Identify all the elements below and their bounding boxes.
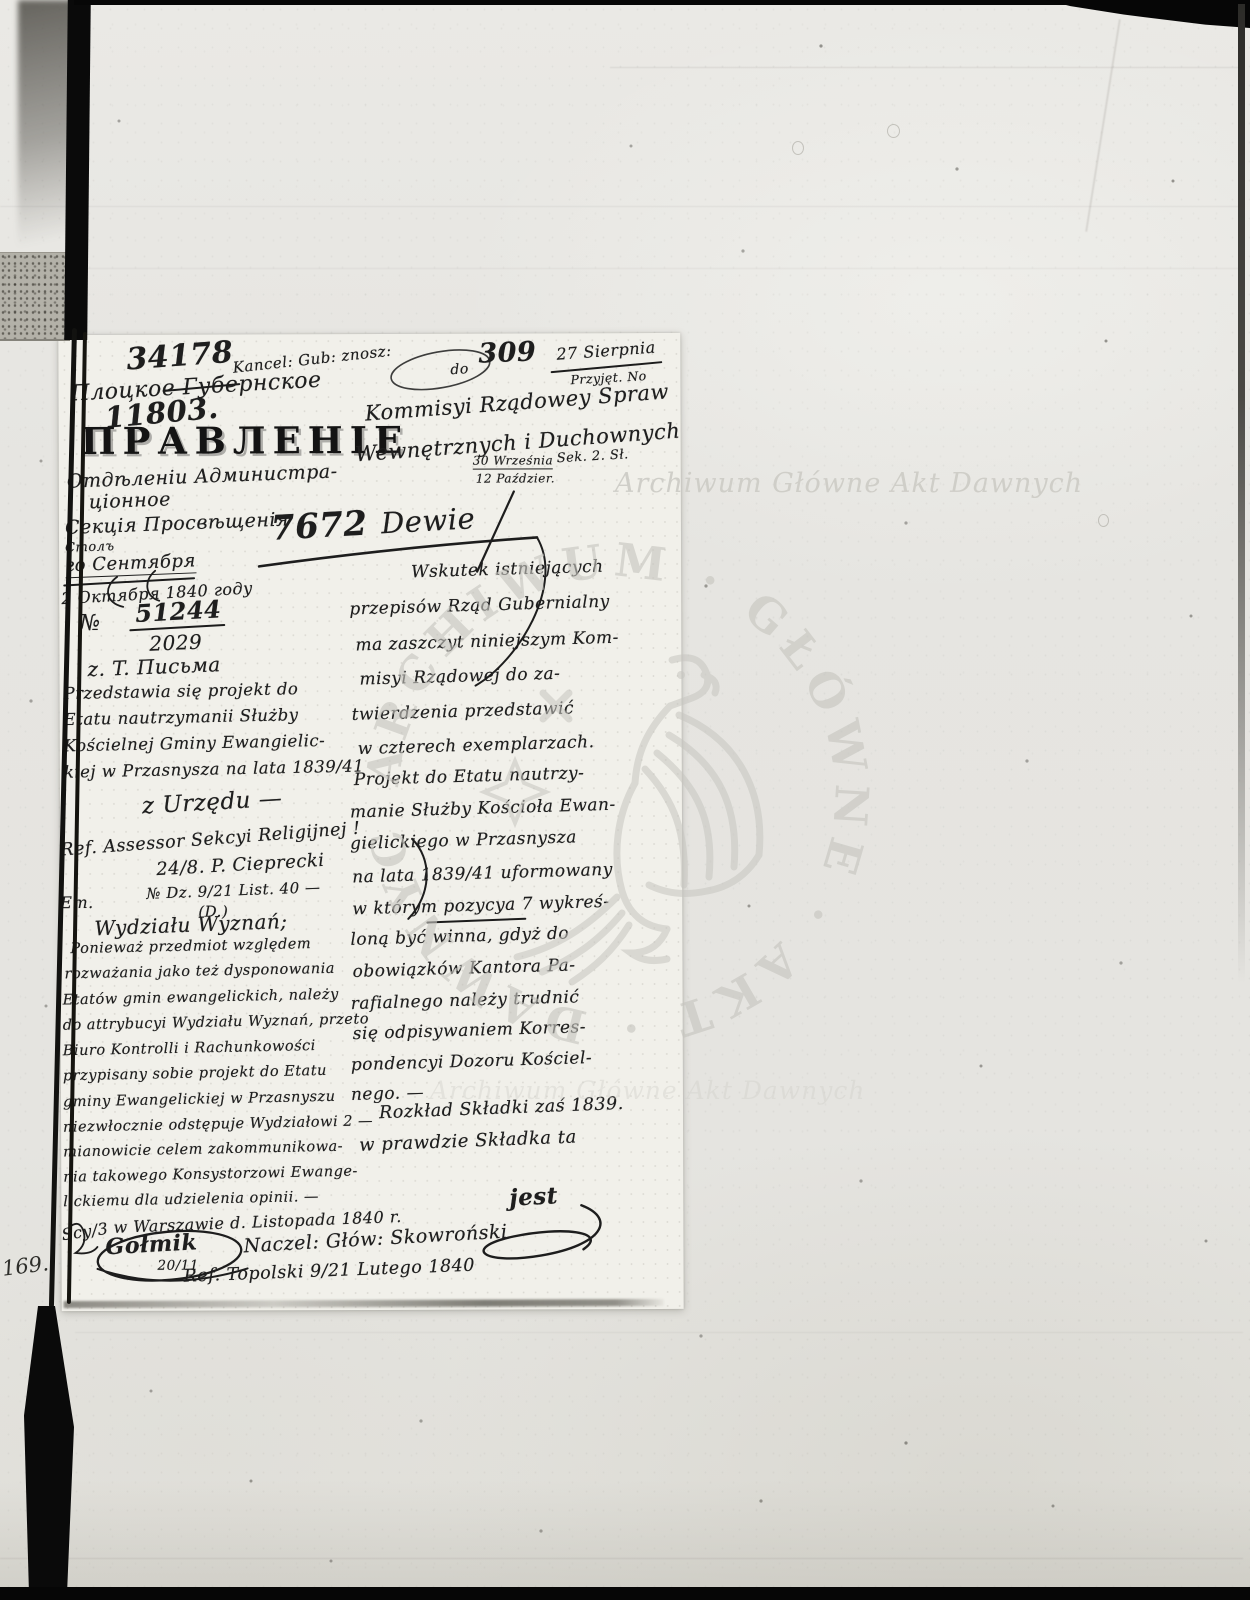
addressee-department: Wydziału Wyznań;: [94, 909, 288, 940]
bottom-shading: [0, 1480, 1250, 1590]
subject-heading: z. T. Письма: [87, 652, 221, 681]
torn-bottom-edge: [64, 1299, 664, 1308]
date-line-september: го Сентября: [65, 550, 197, 578]
paper-emboss-mark: [1098, 514, 1109, 527]
handwritten-line: Biuro Kontrolli i Rachunkowości: [63, 1038, 316, 1059]
eagle-emblem-icon: [484, 658, 760, 982]
ex-officio-note: z Urzędu —: [141, 786, 283, 820]
handwritten-line: Przedstawia się projekt do: [63, 679, 298, 703]
handwritten-line: niezwłocznie odstępuje Wydziałowi 2 —: [63, 1113, 373, 1135]
binding-gutter-strip: [64, 0, 91, 340]
addressee-line: Kommisyi Rządowey Spraw: [364, 379, 670, 425]
adjacent-page-edge: [0, 252, 70, 341]
paper-emboss-mark: [887, 124, 900, 138]
paper-crease: [0, 206, 1243, 207]
handwritten-line: Etatów gmin ewangelickich, należy: [62, 987, 338, 1009]
paper-crease: [610, 67, 1243, 68]
incoming-number: 309: [478, 336, 537, 369]
reference-number: № Dz. 9/21 List. 40 —: [146, 878, 321, 903]
paper-crease: [78, 268, 1243, 269]
scan-edge-right: [1238, 4, 1245, 984]
archival-scan-page: ARCHIWUM · GŁÓWNE · AKT · DAWNYCH · Arch…: [0, 0, 1250, 1600]
scan-edge-bottom: [0, 1587, 1250, 1600]
seal-circular-text: ARCHIWUM · GŁÓWNE · AKT · DAWNYCH ·: [347, 525, 879, 1056]
watermark-text: Archiwum Główne Akt Dawnych: [615, 468, 1083, 499]
paper-specks: [0, 0, 2, 2]
postscript-line: w prawdzie Składka ta: [359, 1126, 577, 1155]
postscript-closing: jest: [509, 1182, 559, 1212]
handwritten-line: lickiemu dla udzielenia opinii. —: [63, 1189, 319, 1210]
number-sign: №: [79, 611, 100, 636]
margin-date-note: 30 Września: [473, 453, 553, 469]
address-do: do: [450, 361, 469, 378]
handwritten-line: kiej w Przasnysza na lata 1839/41: [64, 756, 365, 781]
handwritten-line: Etatu nautrzymanii Służby: [63, 705, 298, 729]
handwritten-line: przypisany sobie projekt do Etatu: [63, 1063, 327, 1085]
section-note: Sek. 2. Sł.: [556, 447, 629, 466]
reference-number: 24/8. P. Cieprecki: [156, 850, 325, 880]
case-number-denominator: 2029: [149, 630, 203, 656]
watermark-text-faint: Archiwum Główne Akt Dawnych: [430, 1076, 866, 1105]
paper-emboss-mark: [792, 141, 804, 155]
handwritten-line: gminy Ewangelickiej w Przasnyszu: [63, 1089, 336, 1111]
svg-text:ARCHIWUM · GŁÓWNE · AKT · DAWN: ARCHIWUM · GŁÓWNE · AKT · DAWNYCH ·: [347, 525, 879, 1056]
handwritten-line: Kościelnej Gminy Ewangielic-: [64, 731, 326, 755]
handwritten-line: nia takowego Konsystorzowi Ewange-: [63, 1163, 358, 1185]
signature-referent: Ref. Topolski 9/21 Lutego 1840: [183, 1256, 475, 1287]
paper-crease: [75, 1332, 1243, 1333]
department-line: ціонное: [88, 488, 171, 513]
registry-number: 34178: [125, 335, 234, 378]
incoming-date: 27 Sierpnia: [556, 338, 656, 364]
handwritten-line: rozważania jako też dysponowania: [64, 961, 335, 983]
signature-name: Gołmik: [105, 1229, 198, 1260]
handwritten-line: do attrybucyi Wydziału Wyznań, przeto: [63, 1011, 370, 1033]
department-line: Отдѣленіи Администра-: [66, 460, 338, 492]
handwritten-line: mianowicie celem zakommunikowa-: [63, 1139, 343, 1161]
margin-date-note: 12 Paździer.: [476, 471, 555, 485]
archive-seal-watermark: ARCHIWUM · GŁÓWNE · AKT · DAWNYCH ·: [347, 525, 887, 1065]
paper-crease: [0, 1558, 1243, 1559]
case-number-numerator: 51244: [135, 594, 222, 628]
